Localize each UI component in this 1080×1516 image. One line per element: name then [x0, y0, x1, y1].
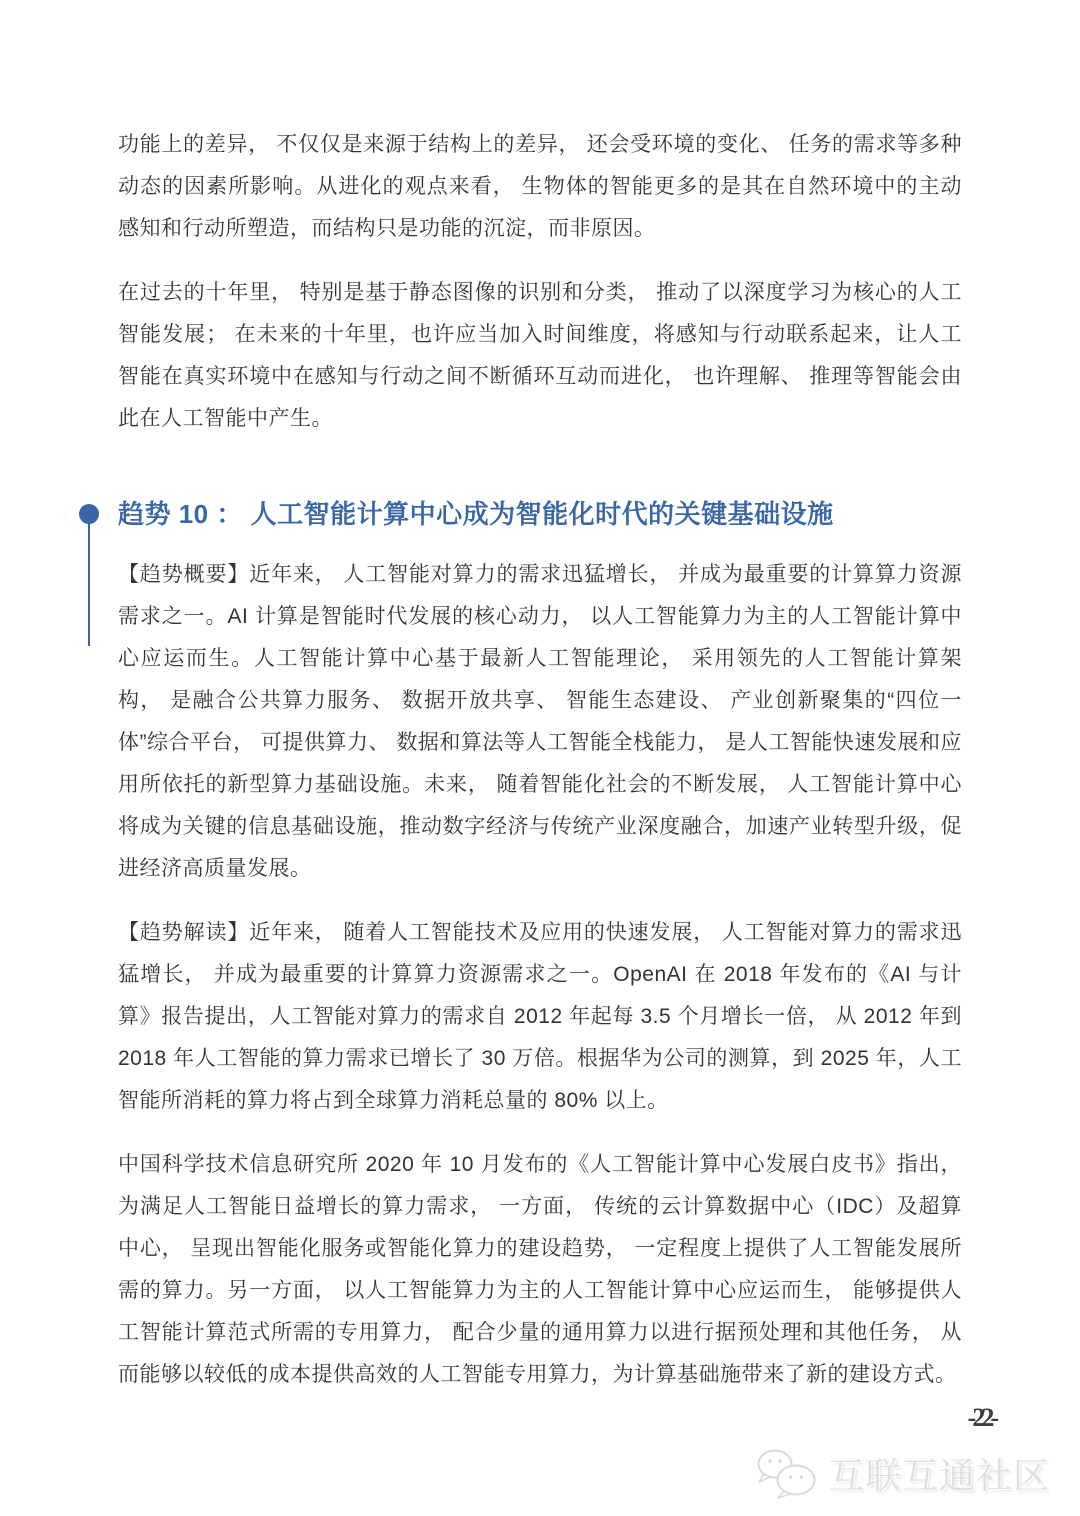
- wechat-chat-bubbles-icon: [752, 1446, 820, 1500]
- watermark: 互联互通社区: [752, 1446, 1050, 1500]
- section-heading: 趋势 10 ： 人工智能计算中心成为智能化时代的关键基础设施: [118, 496, 962, 532]
- page-number: -22-: [968, 1403, 995, 1433]
- paragraph: 在过去的十年里， 特别是基于静态图像的识别和分类， 推动了以深度学习为核心的人工…: [118, 272, 962, 440]
- vertical-line-decoration: [88, 523, 90, 646]
- page-content: 功能上的差异， 不仅仅是来源于结构上的差异， 还会受环境的变化、 任务的需求等多…: [118, 124, 962, 1418]
- bullet-dot-icon: [79, 504, 99, 524]
- document-page: 功能上的差异， 不仅仅是来源于结构上的差异， 还会受环境的变化、 任务的需求等多…: [0, 0, 1080, 1516]
- paragraph: 功能上的差异， 不仅仅是来源于结构上的差异， 还会受环境的变化、 任务的需求等多…: [118, 124, 962, 250]
- paragraph: 【趋势概要】近年来， 人工智能对算力的需求迅猛增长， 并成为最重要的计算算力资源…: [118, 554, 962, 890]
- section-heading-text: 趋势 10 ： 人工智能计算中心成为智能化时代的关键基础设施: [118, 499, 834, 529]
- watermark-text: 互联互通社区: [828, 1448, 1050, 1499]
- paragraph: 中国科学技术信息研究所 2020 年 10 月发布的《人工智能计算中心发展白皮书…: [118, 1144, 962, 1396]
- paragraph: 【趋势解读】近年来， 随着人工智能技术及应用的快速发展， 人工智能对算力的需求迅…: [118, 912, 962, 1122]
